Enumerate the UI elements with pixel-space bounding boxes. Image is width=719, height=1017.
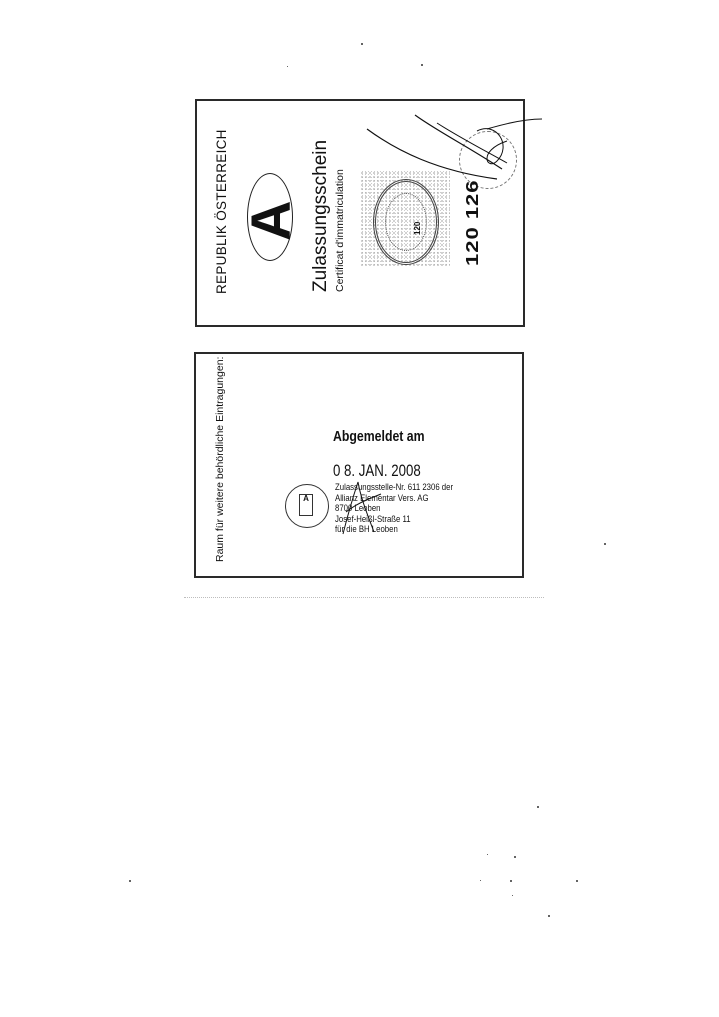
scan-speck [361, 43, 363, 45]
scan-speck [576, 880, 578, 882]
scan-speck [548, 915, 550, 917]
scan-speck [512, 895, 513, 896]
scan-speck [129, 880, 131, 882]
scanned-page: REPUBLIK ÖSTERREICH A Zulassungsschein C… [0, 0, 719, 1017]
registration-card-front: REPUBLIK ÖSTERREICH A Zulassungsschein C… [195, 99, 525, 327]
scan-speck [421, 64, 423, 66]
registration-card-back: Raum für weitere behördliche Eintragunge… [194, 352, 524, 578]
scan-speck [604, 543, 606, 545]
scan-speck [537, 806, 539, 808]
scan-speck [480, 880, 481, 881]
signature-scribble [197, 101, 527, 329]
scan-speck [287, 66, 288, 67]
scan-speck [487, 854, 488, 855]
signature-scribble [196, 354, 526, 580]
scan-speck [510, 880, 512, 882]
scan-speck [514, 856, 516, 858]
scan-edge-line [184, 597, 544, 599]
